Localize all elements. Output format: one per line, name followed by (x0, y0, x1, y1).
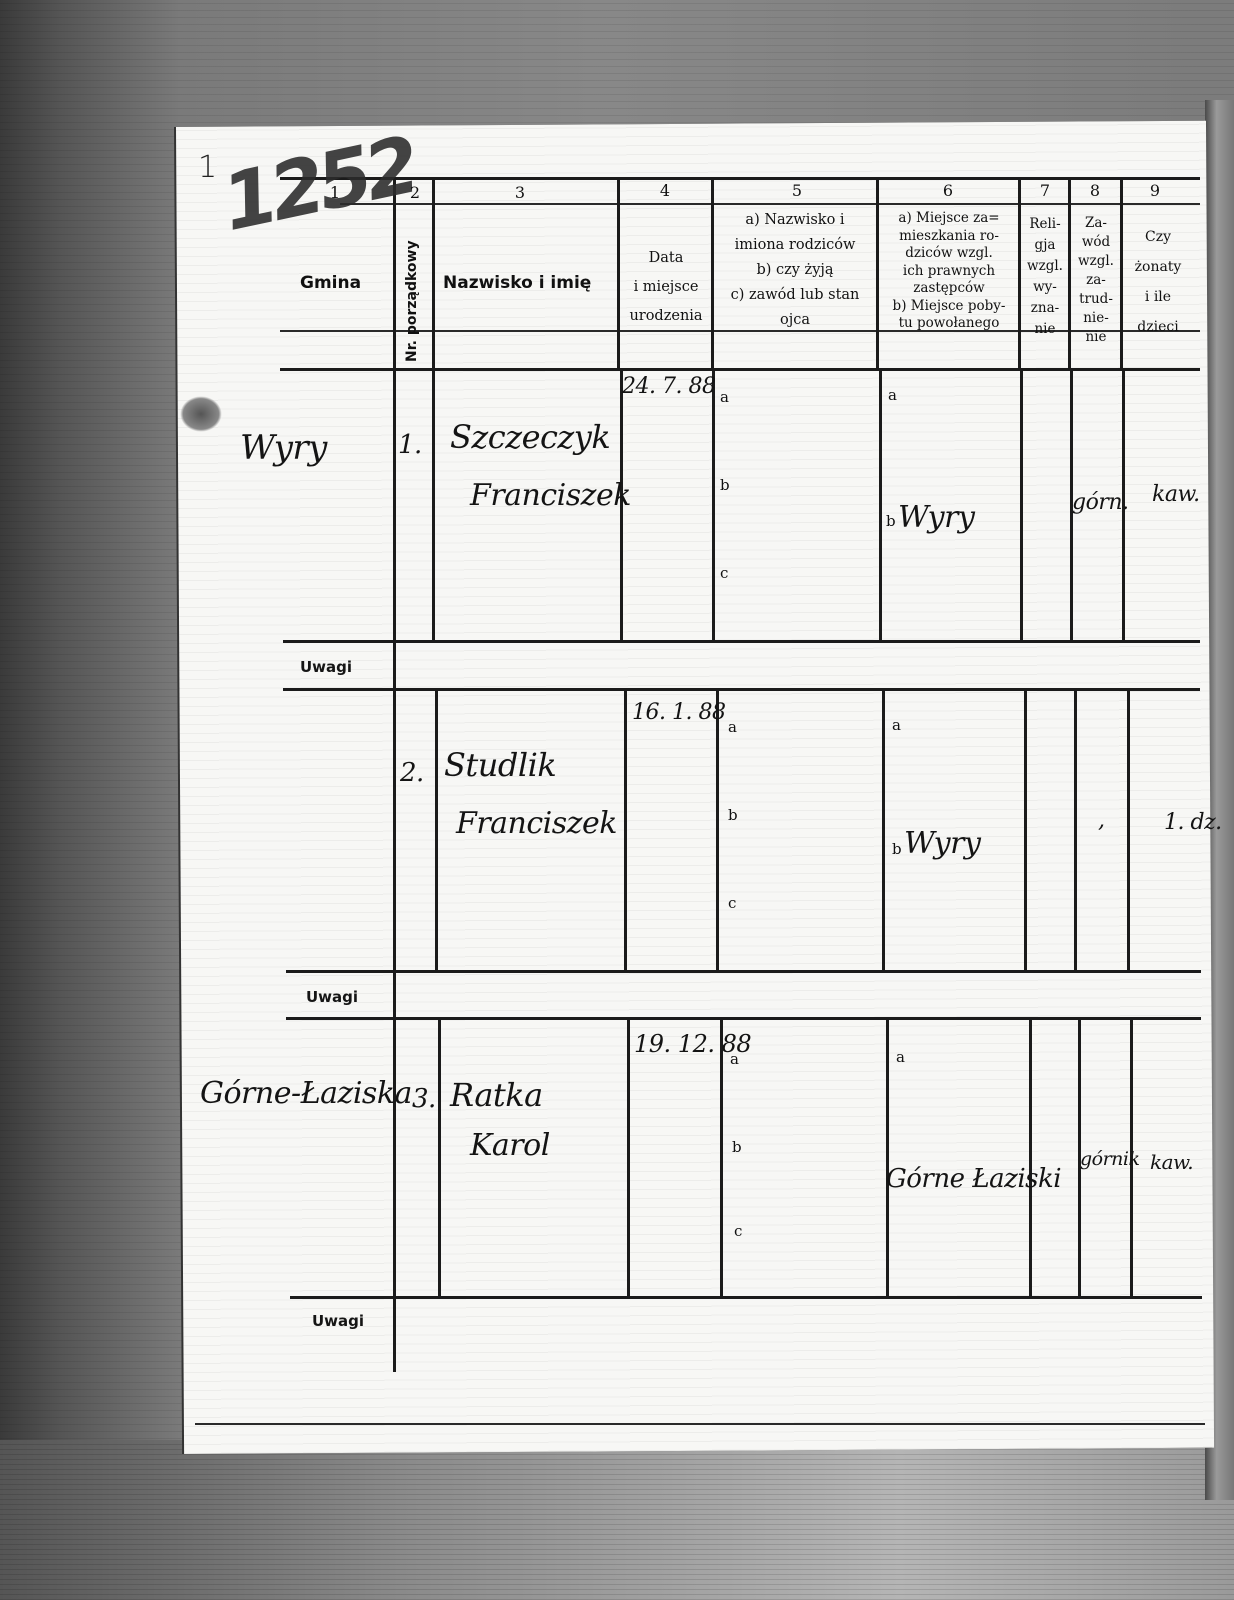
header-religia: Reli- gja wzgl. wy- zna- nie (1020, 214, 1070, 340)
header-miejsce-zamieszkania: a) Miejsce za= mieszkania ro- dziców wzg… (878, 210, 1020, 333)
entry-married: kaw. (1150, 1150, 1193, 1174)
entry-given-name: Franciszek (470, 478, 631, 513)
entry-gmina: Wyry (240, 428, 327, 468)
column-number: 5 (782, 181, 812, 200)
column-number: 8 (1080, 181, 1110, 200)
label-a: a (728, 718, 737, 736)
remarks-label: Uwagi (300, 658, 352, 676)
entry-nr: 2. (400, 758, 424, 788)
entry-nr: 1. (398, 430, 422, 460)
scan-background-bottom (0, 1440, 1234, 1600)
label-a: a (720, 388, 729, 406)
sheet-number: 1 (198, 150, 217, 185)
column-number: 2 (400, 183, 430, 202)
header-zonaty: Czy żonaty i ile dzieci (1124, 222, 1192, 342)
entry-residence-b: Wyry (904, 826, 980, 861)
label-c: c (720, 564, 728, 582)
entry-given-name: Franciszek (456, 806, 617, 841)
entry-residence-b: Górne Łaziski (886, 1164, 1061, 1194)
label-b: b (892, 840, 902, 858)
entry-surname: Ratka (450, 1076, 543, 1114)
label-c: c (734, 1222, 742, 1240)
ink-blot (180, 396, 222, 432)
column-number: 7 (1030, 181, 1060, 200)
entry-birth-date: 24. 7. 88 (622, 374, 715, 399)
entry-residence-b: Wyry (898, 500, 974, 535)
header-gmina: Gmina (300, 273, 361, 293)
label-c: c (728, 894, 736, 912)
entry-married: kaw. (1152, 482, 1200, 507)
label-b: b (728, 806, 738, 824)
entry-given-name: Karol (470, 1128, 550, 1163)
header-rodzice: a) Nazwisko i imiona rodziców b) czy żyj… (713, 208, 877, 333)
entry-occupation: , (1098, 808, 1105, 833)
label-b: b (732, 1138, 742, 1156)
entry-nr: 3. (412, 1084, 436, 1114)
entry-gmina: Górne-Łaziska (200, 1076, 412, 1111)
header-zawod: Za- wód wzgl. za- trud- nie- nie (1070, 214, 1122, 347)
label-a: a (888, 386, 897, 404)
label-b: b (720, 476, 730, 494)
remarks-label: Uwagi (306, 988, 358, 1006)
header-nazwisko-imie: Nazwisko i imię (443, 273, 591, 293)
column-number: 6 (933, 181, 963, 200)
entry-surname: Szczeczyk (450, 418, 610, 456)
label-a: a (730, 1050, 739, 1068)
remarks-label: Uwagi (312, 1312, 364, 1330)
entry-surname: Studlik (444, 746, 556, 784)
entry-birth-date: 16. 1. 88 (632, 700, 725, 725)
label-a: a (892, 716, 901, 734)
column-number: 1 (315, 183, 355, 202)
entry-occupation: górn. (1072, 490, 1129, 515)
column-number: 4 (650, 181, 680, 200)
entry-married: 1. dz. (1164, 810, 1222, 835)
column-number: 3 (505, 183, 535, 202)
label-b: b (886, 512, 896, 530)
header-nr-porzadkowy: Nr. porządkowy (404, 240, 420, 362)
column-number: 9 (1140, 181, 1170, 200)
entry-occupation: górnik (1080, 1148, 1140, 1170)
header-data-urodzenia: Data i miejsce urodzenia (620, 244, 712, 331)
label-a: a (896, 1048, 905, 1066)
